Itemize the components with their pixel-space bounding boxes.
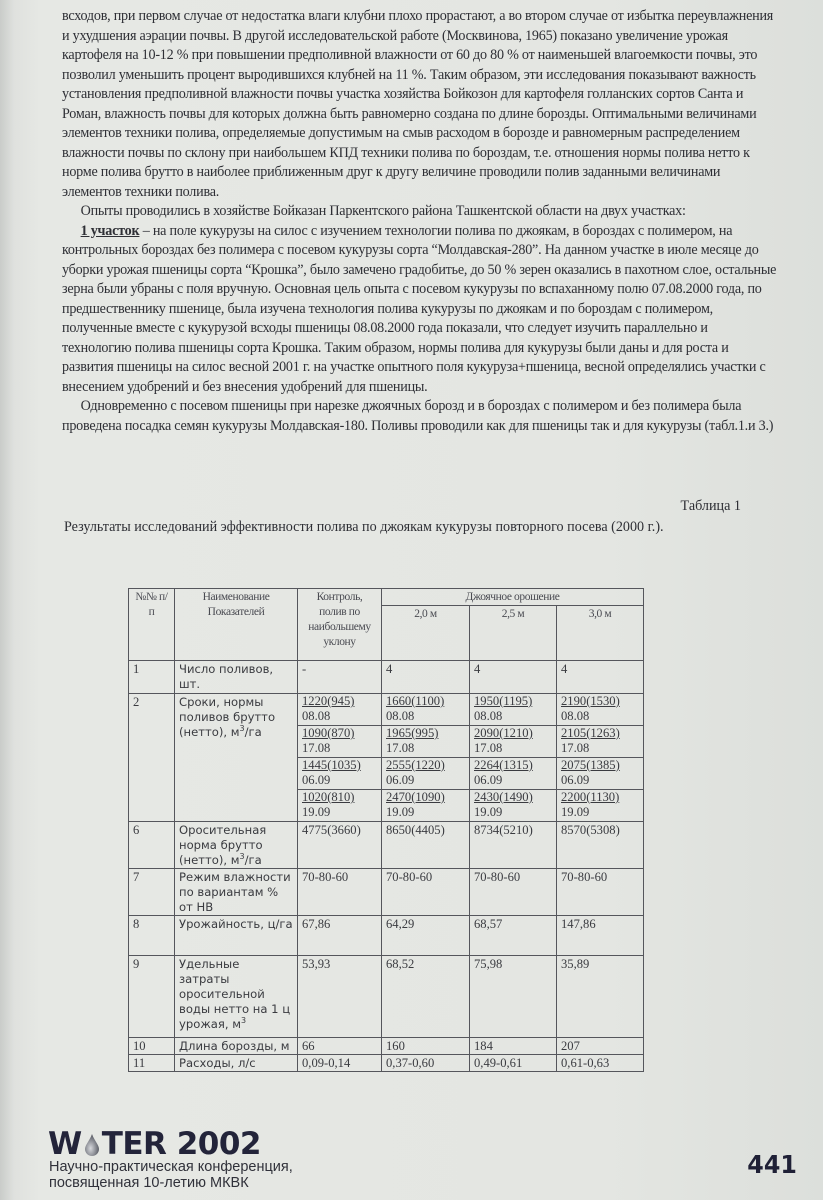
row-value: 66 xyxy=(298,1038,382,1055)
irrigation-date: 17.08 xyxy=(474,741,552,756)
paragraph-2: Опыты проводились в хозяйстве Бойказан П… xyxy=(62,201,778,221)
irrigation-date: 06.09 xyxy=(302,773,377,788)
row-value: 8734(5210) xyxy=(470,822,557,869)
schedule-cell: 2090(1210)17.08 xyxy=(470,726,557,758)
irrigation-norm: 1445(1035) xyxy=(302,758,377,773)
paragraph-3-text: – на поле кукурузы на силос с изучением … xyxy=(62,222,776,395)
row-name: Расходы, л/с xyxy=(175,1055,298,1072)
schedule-cell: 1445(1035)06.09 xyxy=(298,758,382,790)
irrigation-date: 06.09 xyxy=(561,773,639,788)
schedule-cell: 2470(1090)19.09 xyxy=(382,790,470,822)
row-value: 70-80-60 xyxy=(470,869,557,916)
schedule-cell: 2075(1385)06.09 xyxy=(557,758,644,790)
row-value: 35,89 xyxy=(557,956,644,1038)
superscript-3: 3 xyxy=(239,724,244,733)
irrigation-date: 19.09 xyxy=(386,805,465,820)
header-col-3-0m: 3,0 м xyxy=(557,606,644,661)
row-value: 184 xyxy=(470,1038,557,1055)
row-num: 6 xyxy=(129,822,175,869)
row-value: 8650(4405) xyxy=(382,822,470,869)
table-row: 7Режим влажности по вариантам % от НВ70-… xyxy=(129,869,644,916)
row-value: 0,61-0,63 xyxy=(557,1055,644,1072)
row-num: 9 xyxy=(129,956,175,1038)
row-name: Удельные затраты оросительной воды нетто… xyxy=(175,956,298,1038)
conference-logo: WTER 2002 xyxy=(48,1128,261,1160)
irrigation-norm: 2090(1210) xyxy=(474,726,552,741)
header-group: Джоячное орошение xyxy=(382,589,644,606)
row-num: 11 xyxy=(129,1055,175,1072)
schedule-cell: 2190(1530)08.08 xyxy=(557,694,644,726)
row-value: - xyxy=(298,661,382,694)
row-value: 67,86 xyxy=(298,916,382,956)
irrigation-norm: 2075(1385) xyxy=(561,758,639,773)
row-value: 147,86 xyxy=(557,916,644,956)
irrigation-norm: 1660(1100) xyxy=(386,694,465,709)
irrigation-norm: 1020(810) xyxy=(302,790,377,805)
schedule-cell: 2430(1490)19.09 xyxy=(470,790,557,822)
row-name: Оросительная норма брутто (нетто), м3/га xyxy=(175,822,298,869)
table-body: 1Число поливов, шт.-4442Сроки, нормы пол… xyxy=(129,661,644,1072)
irrigation-norm: 1950(1195) xyxy=(474,694,552,709)
row-value: 70-80-60 xyxy=(298,869,382,916)
body-text: всходов, при первом случае от недостатка… xyxy=(62,6,778,435)
conference-subtitle: Научно-практическая конференция, посвяще… xyxy=(49,1160,293,1191)
subtitle-line-1: Научно-практическая конференция, xyxy=(49,1160,293,1176)
schedule-cell: 1965(995)17.08 xyxy=(382,726,470,758)
table-row-schedule: 2Сроки, нормы поливов брутто (нетто), м3… xyxy=(129,694,644,726)
header-col-2-5m: 2,5 м xyxy=(470,606,557,661)
irrigation-date: 08.08 xyxy=(386,709,465,724)
table-row: 9Удельные затраты оросительной воды нетт… xyxy=(129,956,644,1038)
schedule-cell: 2105(1263)17.08 xyxy=(557,726,644,758)
table-caption: Результаты исследований эффективности по… xyxy=(64,518,771,536)
row-value: 4 xyxy=(382,661,470,694)
irrigation-date: 06.09 xyxy=(474,773,552,788)
table-row: 6Оросительная норма брутто (нетто), м3/г… xyxy=(129,822,644,869)
row-value: 70-80-60 xyxy=(557,869,644,916)
row-value: 8570(5308) xyxy=(557,822,644,869)
document-page: всходов, при первом случае от недостатка… xyxy=(0,0,823,1200)
row-num: 7 xyxy=(129,869,175,916)
row-value: 0,09-0,14 xyxy=(298,1055,382,1072)
row-value: 53,93 xyxy=(298,956,382,1038)
header-num: №№ п/п xyxy=(129,589,175,661)
row-value: 68,57 xyxy=(470,916,557,956)
table-row: 10Длина борозды, м66160184207 xyxy=(129,1038,644,1055)
row-value: 0,49-0,61 xyxy=(470,1055,557,1072)
paragraph-3: 1 участок – на поле кукурузы на силос с … xyxy=(62,221,778,397)
irrigation-norm: 1965(995) xyxy=(386,726,465,741)
schedule-cell: 2200(1130)19.09 xyxy=(557,790,644,822)
table-label: Таблица 1 xyxy=(681,497,741,515)
logo-text-start: W xyxy=(48,1126,82,1162)
logo-text-end: TER 2002 xyxy=(102,1126,261,1162)
schedule-cell: 1090(870)17.08 xyxy=(298,726,382,758)
table-row: 1Число поливов, шт.-444 xyxy=(129,661,644,694)
schedule-cell: 2555(1220)06.09 xyxy=(382,758,470,790)
irrigation-norm: 2200(1130) xyxy=(561,790,639,805)
schedule-cell: 1660(1100)08.08 xyxy=(382,694,470,726)
schedule-cell: 1020(810)19.09 xyxy=(298,790,382,822)
row-num: 1 xyxy=(129,661,175,694)
irrigation-date: 06.09 xyxy=(386,773,465,788)
irrigation-date: 17.08 xyxy=(561,741,639,756)
header-col-2-0m: 2,0 м xyxy=(382,606,470,661)
row-num: 10 xyxy=(129,1038,175,1055)
irrigation-norm: 2470(1090) xyxy=(386,790,465,805)
row-num: 8 xyxy=(129,916,175,956)
plot-1-label: 1 участок xyxy=(81,222,140,239)
row-value: 64,29 xyxy=(382,916,470,956)
row-value: 4 xyxy=(557,661,644,694)
irrigation-norm: 2264(1315) xyxy=(474,758,552,773)
header-control: Контроль, полив по наибольшему уклону xyxy=(298,589,382,661)
row-name: Режим влажности по вариантам % от НВ xyxy=(175,869,298,916)
water-drop-icon xyxy=(84,1134,100,1156)
schedule-cell: 1950(1195)08.08 xyxy=(470,694,557,726)
row-value: 4775(3660) xyxy=(298,822,382,869)
irrigation-date: 08.08 xyxy=(474,709,552,724)
subtitle-line-2: посвященная 10-летию МКВК xyxy=(49,1176,293,1192)
superscript-3: 3 xyxy=(241,1016,246,1025)
irrigation-norm: 2105(1263) xyxy=(561,726,639,741)
row-num: 2 xyxy=(129,694,175,822)
irrigation-norm: 1220(945) xyxy=(302,694,377,709)
row-name: Число поливов, шт. xyxy=(175,661,298,694)
schedule-cell: 1220(945)08.08 xyxy=(298,694,382,726)
irrigation-date: 19.09 xyxy=(561,805,639,820)
irrigation-date: 19.09 xyxy=(302,805,377,820)
table-row: 11Расходы, л/с0,09-0,140,37-0,600,49-0,6… xyxy=(129,1055,644,1072)
irrigation-norm: 1090(870) xyxy=(302,726,377,741)
irrigation-date: 17.08 xyxy=(302,741,377,756)
irrigation-date: 08.08 xyxy=(561,709,639,724)
header-name: Наименование Показателей xyxy=(175,589,298,661)
irrigation-norm: 2555(1220) xyxy=(386,758,465,773)
paragraph-1: всходов, при первом случае от недостатка… xyxy=(62,6,778,201)
paragraph-4: Одновременно с посевом пшеницы при нарез… xyxy=(62,396,778,435)
schedule-cell: 2264(1315)06.09 xyxy=(470,758,557,790)
row-value: 68,52 xyxy=(382,956,470,1038)
row-value: 160 xyxy=(382,1038,470,1055)
row-name: Длина борозды, м xyxy=(175,1038,298,1055)
irrigation-date: 17.08 xyxy=(386,741,465,756)
results-table: №№ п/п Наименование Показателей Контроль… xyxy=(128,588,644,1072)
irrigation-norm: 2430(1490) xyxy=(474,790,552,805)
table-row: 8Урожайность, ц/га67,8664,2968,57147,86 xyxy=(129,916,644,956)
row-value: 4 xyxy=(470,661,557,694)
page-number: 441 xyxy=(747,1150,797,1179)
row-value: 207 xyxy=(557,1038,644,1055)
row-value: 70-80-60 xyxy=(382,869,470,916)
irrigation-date: 08.08 xyxy=(302,709,377,724)
row-name: Сроки, нормы поливов брутто (нетто), м3/… xyxy=(175,694,298,822)
irrigation-date: 19.09 xyxy=(474,805,552,820)
row-value: 75,98 xyxy=(470,956,557,1038)
superscript-3: 3 xyxy=(239,852,244,861)
irrigation-norm: 2190(1530) xyxy=(561,694,639,709)
row-value: 0,37-0,60 xyxy=(382,1055,470,1072)
row-name: Урожайность, ц/га xyxy=(175,916,298,956)
